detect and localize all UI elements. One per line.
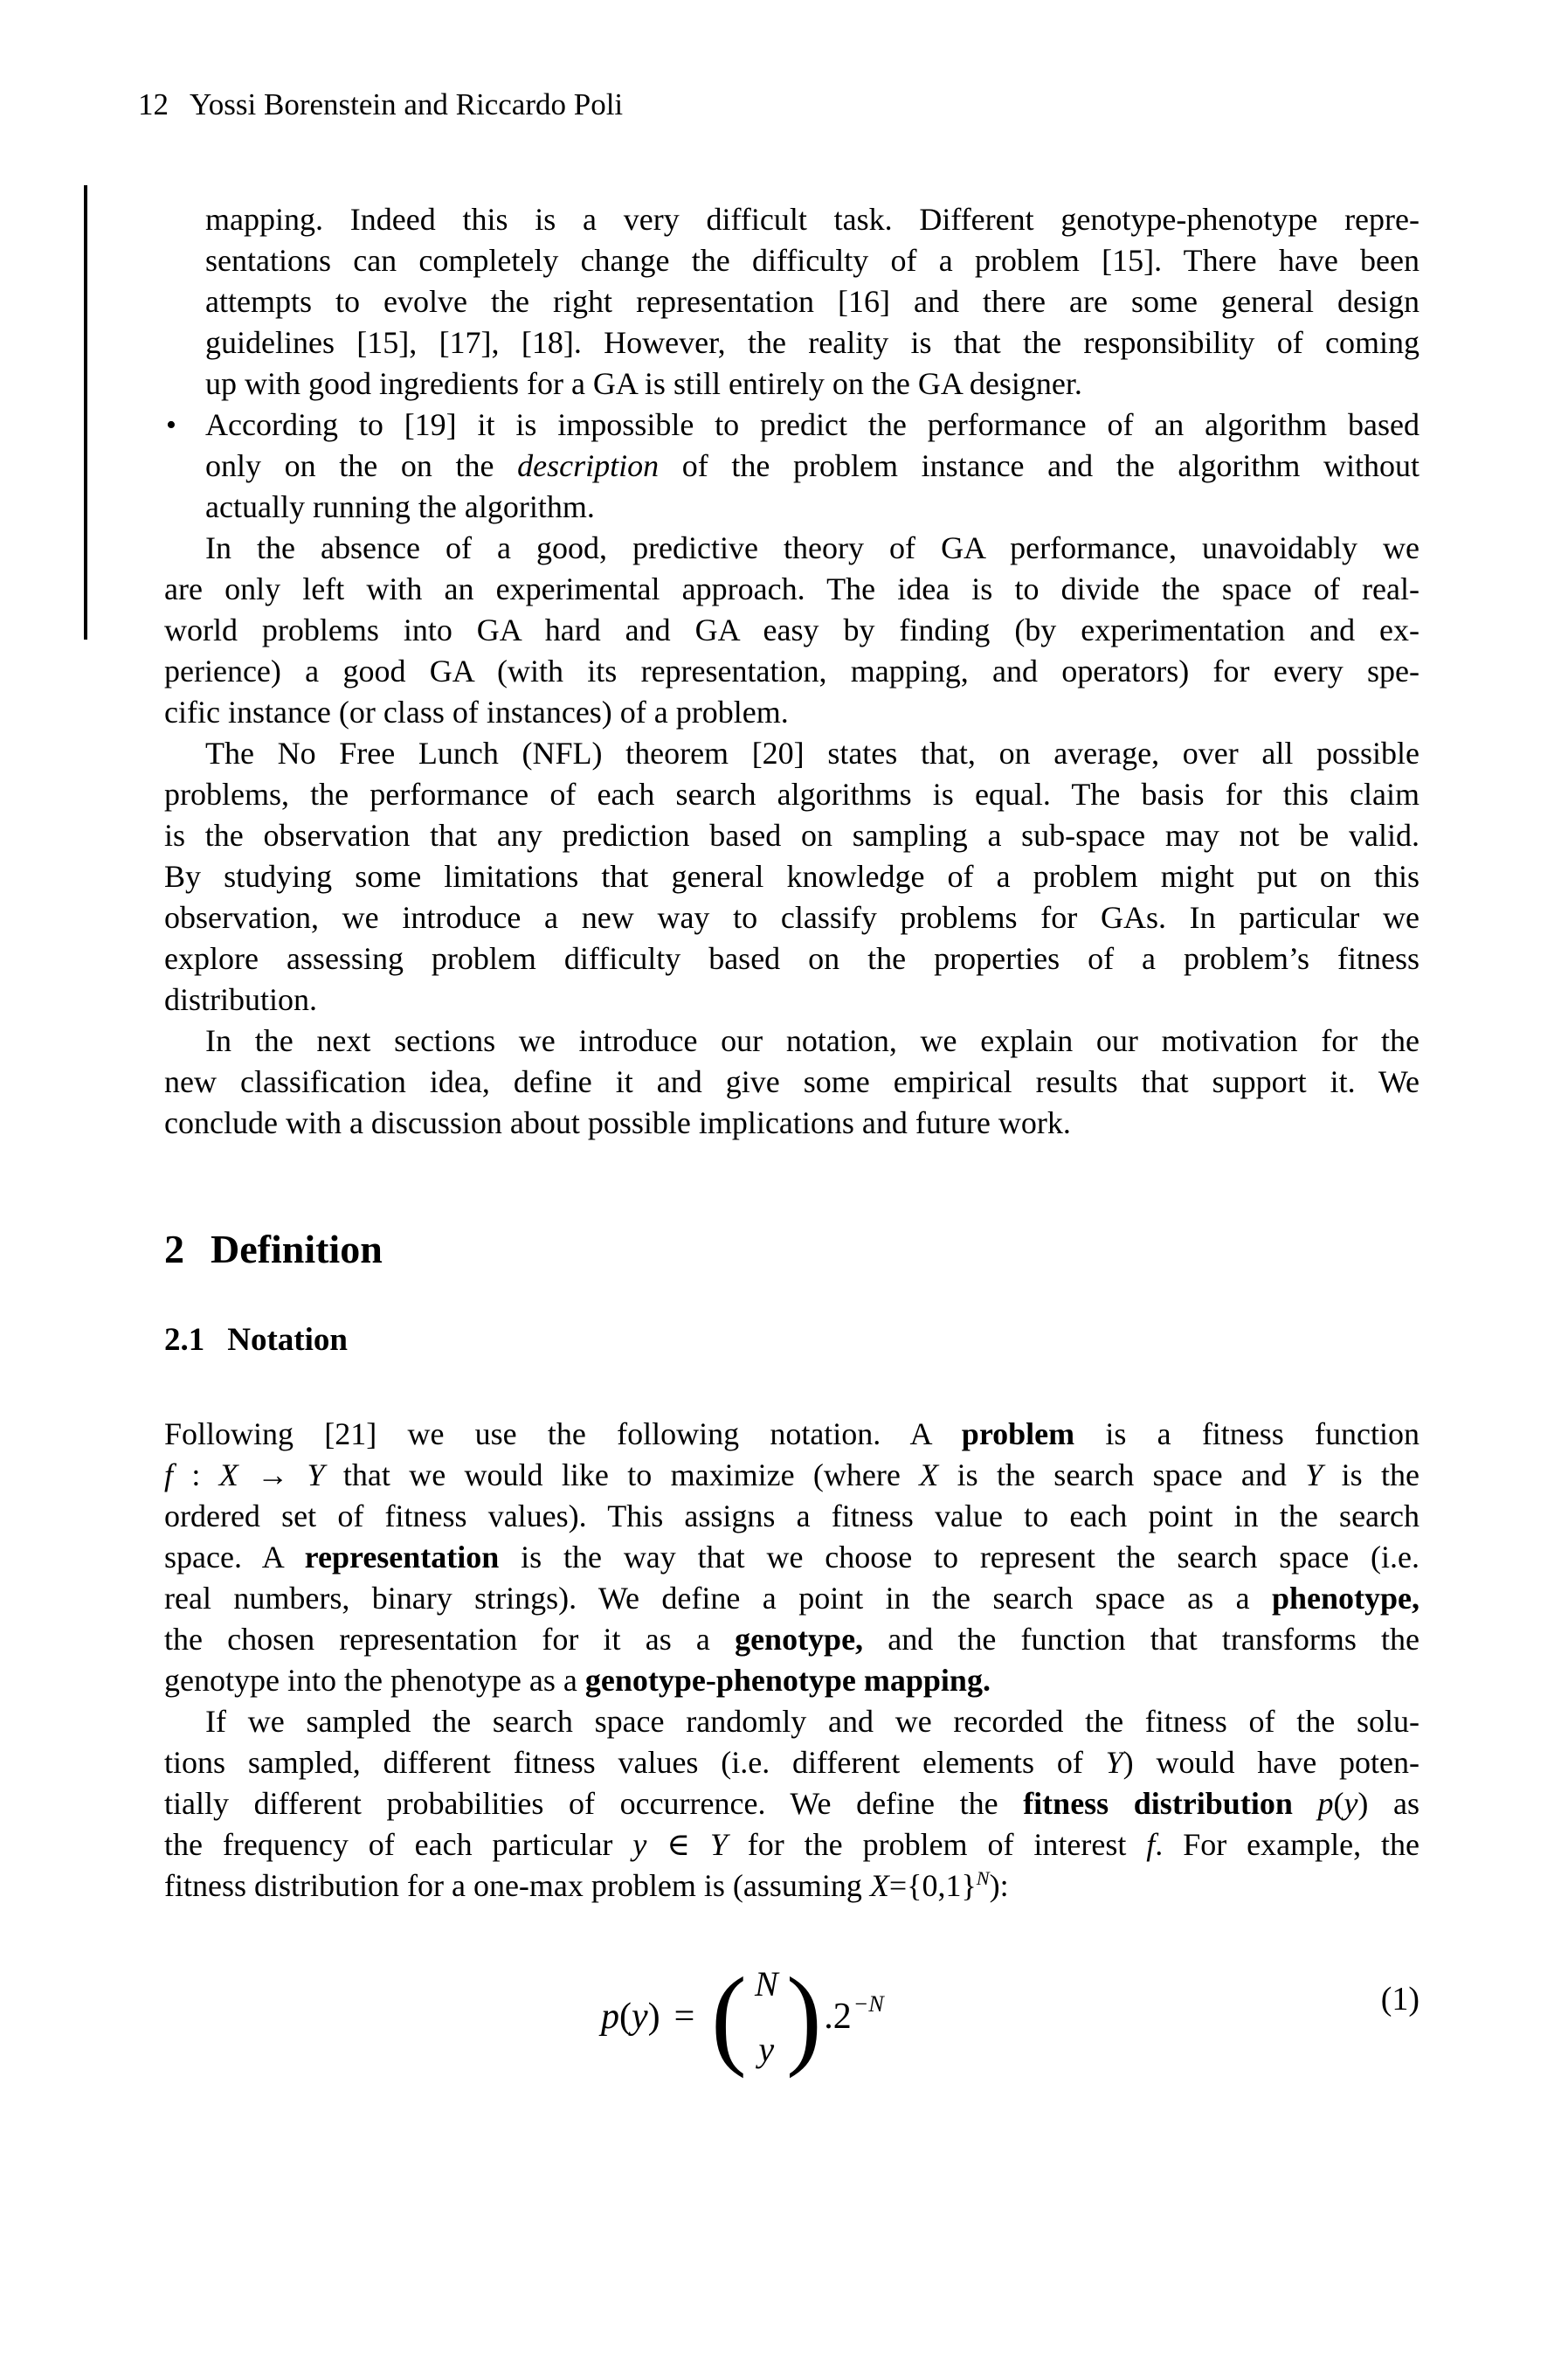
text-line: sentations can completely change the dif… <box>205 240 1419 281</box>
equation-dot: . <box>824 1996 833 2038</box>
subsection-number: 2.1 <box>164 1323 204 1359</box>
text-line: genotype into the phenotype as a genotyp… <box>164 1660 1419 1701</box>
page-header: 12 Yossi Borenstein and Riccardo Poli <box>138 86 1419 124</box>
text-line: is the observation that any prediction b… <box>164 815 1419 856</box>
paragraph-absence: In the absence of a good, predictive the… <box>164 528 1419 733</box>
paragraph-following: Following [21] we use the following nota… <box>164 1414 1419 1701</box>
text-line: world problems into GA hard and GA easy … <box>164 610 1419 651</box>
text-line: cific instance (or class of instances) o… <box>164 692 1419 733</box>
text-line: perience) a good GA (with its representa… <box>164 651 1419 692</box>
text-line: new classification idea, define it and g… <box>164 1062 1419 1103</box>
equation-exponent: −N <box>853 1991 884 2018</box>
equation-lhs-open-paren: ( <box>619 1996 632 2038</box>
text-line: According to [19] it is impossible to pr… <box>205 405 1419 446</box>
text-line: If we sampled the search space randomly … <box>164 1701 1419 1742</box>
section-title: Definition <box>211 1228 383 1272</box>
paragraph-sampled: If we sampled the search space randomly … <box>164 1701 1419 1907</box>
subsection-heading-notation: 2.1 Notation <box>164 1323 1419 1359</box>
page-number: 12 <box>138 86 169 124</box>
text-line: In the next sections we introduce our no… <box>164 1021 1419 1062</box>
text-line: real numbers, binary strings). We define… <box>164 1578 1419 1619</box>
text-line: are only left with an experimental appro… <box>164 569 1419 610</box>
equation-1: p(y) = ( N y ) .2−N <box>601 1947 884 2087</box>
paragraph-next-sections: In the next sections we introduce our no… <box>164 1021 1419 1144</box>
text-line: tions sampled, different fitness values … <box>164 1742 1419 1783</box>
text-line: Following [21] we use the following nota… <box>164 1414 1419 1455</box>
binomial-coefficient: ( N y ) <box>710 1961 822 2073</box>
running-title: Yossi Borenstein and Riccardo Poli <box>190 86 623 124</box>
text-line: fitness distribution for a one-max probl… <box>164 1865 1419 1907</box>
bullet-item: • According to [19] it is impossible to … <box>164 405 1419 528</box>
text-line: only on the on the description of the pr… <box>205 446 1419 487</box>
paragraph-continuation: mapping. Indeed this is a very difficult… <box>164 199 1419 405</box>
binomial-left-paren: ( <box>711 1961 746 2073</box>
scan-artifact-line <box>84 185 87 640</box>
text-line: actually running the algorithm. <box>205 487 1419 528</box>
text-line: up with good ingredients for a GA is sti… <box>205 363 1419 405</box>
equation-base-2: 2 <box>833 1996 852 2038</box>
binomial-bottom-y: y <box>758 2029 774 2070</box>
text-line: conclude with a discussion about possibl… <box>164 1103 1419 1144</box>
text-line: space. A representation is the way that … <box>164 1537 1419 1578</box>
text-line: By studying some limitations that genera… <box>164 856 1419 897</box>
equation-block: p(y) = ( N y ) .2−N (1) <box>164 1947 1419 2087</box>
text-line: In the absence of a good, predictive the… <box>164 528 1419 569</box>
binomial-right-paren: ) <box>786 1961 821 2073</box>
paragraph-nfl: The No Free Lunch (NFL) theorem [20] sta… <box>164 733 1419 1021</box>
section-number: 2 <box>164 1228 184 1272</box>
text-line: The No Free Lunch (NFL) theorem [20] sta… <box>164 733 1419 774</box>
subsection-title: Notation <box>227 1323 348 1359</box>
text-line: guidelines [15], [17], [18]. However, th… <box>205 322 1419 363</box>
equation-number: (1) <box>1381 1980 1419 2018</box>
text-line: the frequency of each particular y ∈ Y f… <box>164 1824 1419 1865</box>
text-line: tially different probabilities of occurr… <box>164 1783 1419 1824</box>
equals-sign: = <box>674 1996 695 2038</box>
text-line: ordered set of fitness values). This ass… <box>164 1496 1419 1537</box>
binomial-column: N y <box>748 1963 785 2070</box>
text-line: observation, we introduce a new way to c… <box>164 897 1419 938</box>
text-line: mapping. Indeed this is a very difficult… <box>205 199 1419 240</box>
text-line: f : X → Y that we would like to maximize… <box>164 1455 1419 1496</box>
equation-lhs-p: p <box>601 1996 619 2038</box>
text-line: the chosen representation for it as a ge… <box>164 1619 1419 1660</box>
bullet-text: According to [19] it is impossible to pr… <box>205 405 1419 528</box>
binomial-top-N: N <box>755 1963 778 2004</box>
equation-lhs-y: y <box>632 1996 648 2038</box>
bullet-icon: • <box>166 405 176 446</box>
equation-lhs-close-paren: ) <box>648 1996 660 2038</box>
text-line: explore assessing problem difficulty bas… <box>164 938 1419 979</box>
text-line: problems, the performance of each search… <box>164 774 1419 815</box>
text-line: attempts to evolve the right representat… <box>205 281 1419 322</box>
text-line: distribution. <box>164 979 1419 1021</box>
scanned-paper-page: 12 Yossi Borenstein and Riccardo Poli ma… <box>0 0 1568 2374</box>
section-heading-definition: 2 Definition <box>164 1228 1419 1272</box>
